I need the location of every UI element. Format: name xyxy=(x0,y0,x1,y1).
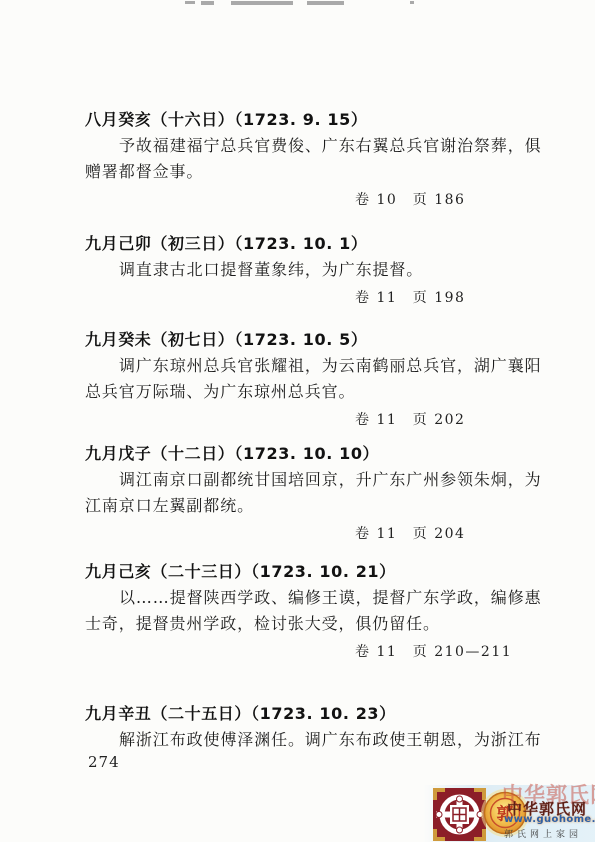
entry-volume-page-ref: 卷 11 页 202 xyxy=(355,411,545,429)
entry-date-heading: 九月己亥（二十三日）（1723. 10. 21） xyxy=(85,559,545,585)
entry-body-line: 予故福建福宁总兵官费俊、广东右翼总兵官谢治祭葬，俱 xyxy=(85,133,545,159)
entry-date-heading: 九月戊子（十二日）（1723. 10. 10） xyxy=(85,441,545,467)
entry-date-heading: 九月辛丑（二十五日）（1723. 10. 23） xyxy=(85,701,545,727)
scan-artifact xyxy=(410,1,414,4)
entry-body-line: 总兵官万际瑞、为广东琼州总兵官。 xyxy=(85,379,545,405)
scanned-book-page: 八月癸亥（十六日）（1723. 9. 15） 予故福建福宁总兵官费俊、广东右翼总… xyxy=(0,0,595,842)
entry-date-heading: 九月癸未（初七日）（1723. 10. 5） xyxy=(85,327,545,353)
diary-entry: 九月癸未（初七日）（1723. 10. 5） 调广东琼州总兵官张耀祖，为云南鹤丽… xyxy=(85,327,545,429)
entry-body-line: 江南京口左翼副都统。 xyxy=(85,493,545,519)
entry-volume-page-ref: 卷 11 页 210—211 xyxy=(355,643,545,661)
entry-body-line: 调直隶古北口提督董象纬，为广东提督。 xyxy=(85,257,545,283)
watermark-site-url: www.guohome.org xyxy=(504,814,595,825)
entry-volume-page-ref: 卷 11 页 198 xyxy=(355,289,545,307)
scan-artifact xyxy=(307,1,344,5)
entry-body-line: 解浙江布政使傅泽渊任。调广东布政使王朝恩，为浙江布 xyxy=(85,727,545,753)
entry-volume-page-ref: 卷 11 页 204 xyxy=(355,525,545,543)
entry-body-line: 以……提督陕西学政、编修王谟，提督广东学政，编修惠 xyxy=(85,585,545,611)
diary-entry: 九月己卯（初三日）（1723. 10. 1） 调直隶古北口提督董象纬，为广东提督… xyxy=(85,231,545,307)
entry-date-heading: 九月己卯（初三日）（1723. 10. 1） xyxy=(85,231,545,257)
entry-body-line: 调江南京口副都统甘国培回京，升广东广州参领朱烔，为 xyxy=(85,467,545,493)
diary-entry: 八月癸亥（十六日）（1723. 9. 15） 予故福建福宁总兵官费俊、广东右翼总… xyxy=(85,107,545,209)
scan-artifact xyxy=(231,1,293,5)
entry-date-heading: 八月癸亥（十六日）（1723. 9. 15） xyxy=(85,107,545,133)
watermark-text-block: 中华郭氏网 中华郭氏网 www.guohome.org 郭氏网上家园 xyxy=(501,785,595,842)
watermark-tagline: 郭氏网上家园 xyxy=(504,827,582,840)
diary-entry: 九月戊子（十二日）（1723. 10. 10） 调江南京口副都统甘国培回京，升广… xyxy=(85,441,545,543)
scan-artifact xyxy=(201,1,214,5)
diary-entry: 九月辛丑（二十五日）（1723. 10. 23） 解浙江布政使傅泽渊任。调广东布… xyxy=(85,701,545,753)
page-number: 274 xyxy=(88,753,120,771)
scan-artifact xyxy=(185,1,195,4)
entry-body-line: 士奇，提督贵州学政，检讨张大受，俱仍留任。 xyxy=(85,611,545,637)
entry-body-line: 赠署都督佥事。 xyxy=(85,159,545,185)
diary-entry: 九月己亥（二十三日）（1723. 10. 21） 以……提督陕西学政、编修王谟，… xyxy=(85,559,545,661)
guohome-watermark: 郭 中华郭氏网 中华郭氏网 www.guohome.org 郭氏网上家园 xyxy=(423,785,595,842)
entry-volume-page-ref: 卷 10 页 186 xyxy=(355,191,545,209)
red-seal-icon xyxy=(433,788,486,841)
entry-body-line: 调广东琼州总兵官张耀祖，为云南鹤丽总兵官，湖广襄阳 xyxy=(85,353,545,379)
